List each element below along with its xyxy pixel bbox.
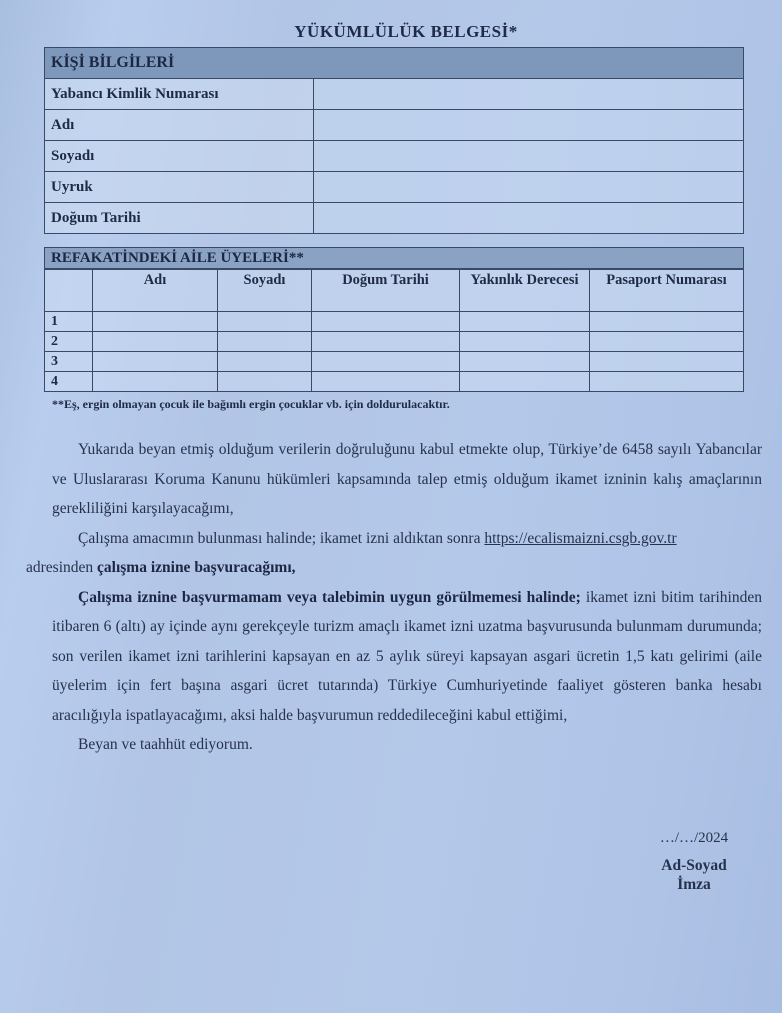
member-name-cell[interactable] bbox=[93, 352, 218, 372]
column-header-relationship: Yakınlık Derecesi bbox=[460, 270, 590, 312]
paragraph-text: ikamet izni bitim tarihinden itibaren 6 … bbox=[52, 589, 762, 724]
field-label: Soyadı bbox=[45, 141, 314, 172]
paragraph-bold-text: çalışma iznine başvuracağımı, bbox=[97, 559, 295, 576]
row-number: 2 bbox=[45, 332, 93, 352]
row-number: 4 bbox=[45, 372, 93, 392]
family-members-table: Adı Soyadı Doğum Tarihi Yakınlık Dereces… bbox=[44, 269, 744, 392]
foreign-id-field[interactable] bbox=[314, 79, 744, 110]
member-birth-date-cell[interactable] bbox=[312, 312, 460, 332]
name-field[interactable] bbox=[314, 110, 744, 141]
nationality-field[interactable] bbox=[314, 172, 744, 203]
column-header-birth-date: Doğum Tarihi bbox=[312, 270, 460, 312]
column-header-name: Adı bbox=[93, 270, 218, 312]
field-row-birth-date: Doğum Tarihi bbox=[45, 203, 744, 234]
field-label: Doğum Tarihi bbox=[45, 203, 314, 234]
member-relationship-cell[interactable] bbox=[460, 372, 590, 392]
member-birth-date-cell[interactable] bbox=[312, 372, 460, 392]
person-info-table: KİŞİ BİLGİLERİ Yabancı Kimlik Numarası A… bbox=[44, 47, 744, 234]
member-birth-date-cell[interactable] bbox=[312, 332, 460, 352]
field-row-foreign-id: Yabancı Kimlik Numarası bbox=[45, 79, 744, 110]
declaration-paragraph-3: Çalışma iznine başvurmamam veya talebimi… bbox=[52, 583, 762, 731]
birth-date-field[interactable] bbox=[314, 203, 744, 234]
person-section-heading: KİŞİ BİLGİLERİ bbox=[45, 48, 744, 79]
member-relationship-cell[interactable] bbox=[460, 352, 590, 372]
member-passport-cell[interactable] bbox=[590, 372, 744, 392]
field-label: Yabancı Kimlik Numarası bbox=[45, 79, 314, 110]
member-surname-cell[interactable] bbox=[218, 332, 312, 352]
table-row: 4 bbox=[45, 372, 744, 392]
declaration-paragraph-4: Beyan ve taahhüt ediyorum. bbox=[52, 730, 762, 760]
member-passport-cell[interactable] bbox=[590, 332, 744, 352]
declaration-body: Yukarıda beyan etmiş olduğum verilerin d… bbox=[52, 435, 762, 760]
paragraph-bold-text: Çalışma iznine başvurmamam veya talebimi… bbox=[78, 589, 581, 606]
member-surname-cell[interactable] bbox=[218, 312, 312, 332]
family-footnote: **Eş, ergin olmayan çocuk ile bağımlı er… bbox=[52, 397, 450, 412]
member-passport-cell[interactable] bbox=[590, 312, 744, 332]
signature-block: …/…/2024 Ad-Soyad İmza bbox=[610, 830, 760, 894]
row-number: 3 bbox=[45, 352, 93, 372]
paragraph-text: Çalışma amacımın bulunması halinde; ikam… bbox=[78, 530, 484, 547]
column-header-passport: Pasaport Numarası bbox=[590, 270, 744, 312]
signature-date: …/…/2024 bbox=[610, 830, 760, 847]
paragraph-text: adresinden bbox=[26, 559, 97, 576]
declaration-paragraph-1: Yukarıda beyan etmiş olduğum verilerin d… bbox=[52, 435, 762, 524]
table-row: 2 bbox=[45, 332, 744, 352]
table-header-row: Adı Soyadı Doğum Tarihi Yakınlık Dereces… bbox=[45, 270, 744, 312]
signature-name-label: Ad-Soyad bbox=[610, 856, 760, 875]
field-row-name: Adı bbox=[45, 110, 744, 141]
column-header-surname: Soyadı bbox=[218, 270, 312, 312]
member-relationship-cell[interactable] bbox=[460, 332, 590, 352]
table-row: 1 bbox=[45, 312, 744, 332]
member-relationship-cell[interactable] bbox=[460, 312, 590, 332]
field-row-surname: Soyadı bbox=[45, 141, 744, 172]
row-number: 1 bbox=[45, 312, 93, 332]
family-section-heading: REFAKATİNDEKİ AİLE ÜYELERİ** bbox=[44, 247, 744, 269]
member-passport-cell[interactable] bbox=[590, 352, 744, 372]
signature-sign-label: İmza bbox=[610, 875, 760, 894]
work-permit-link[interactable]: https://ecalismaizni.csgb.gov.tr bbox=[484, 530, 676, 547]
field-label: Adı bbox=[45, 110, 314, 141]
document-title: YÜKÜMLÜLÜK BELGESİ* bbox=[0, 22, 782, 42]
member-name-cell[interactable] bbox=[93, 312, 218, 332]
column-header-no bbox=[45, 270, 93, 312]
surname-field[interactable] bbox=[314, 141, 744, 172]
document-page: YÜKÜMLÜLÜK BELGESİ* KİŞİ BİLGİLERİ Yaban… bbox=[0, 0, 782, 1013]
member-surname-cell[interactable] bbox=[218, 372, 312, 392]
member-surname-cell[interactable] bbox=[218, 352, 312, 372]
field-label: Uyruk bbox=[45, 172, 314, 203]
member-birth-date-cell[interactable] bbox=[312, 352, 460, 372]
member-name-cell[interactable] bbox=[93, 332, 218, 352]
declaration-paragraph-2: Çalışma amacımın bulunması halinde; ikam… bbox=[52, 524, 762, 583]
member-name-cell[interactable] bbox=[93, 372, 218, 392]
table-row: 3 bbox=[45, 352, 744, 372]
field-row-nationality: Uyruk bbox=[45, 172, 744, 203]
